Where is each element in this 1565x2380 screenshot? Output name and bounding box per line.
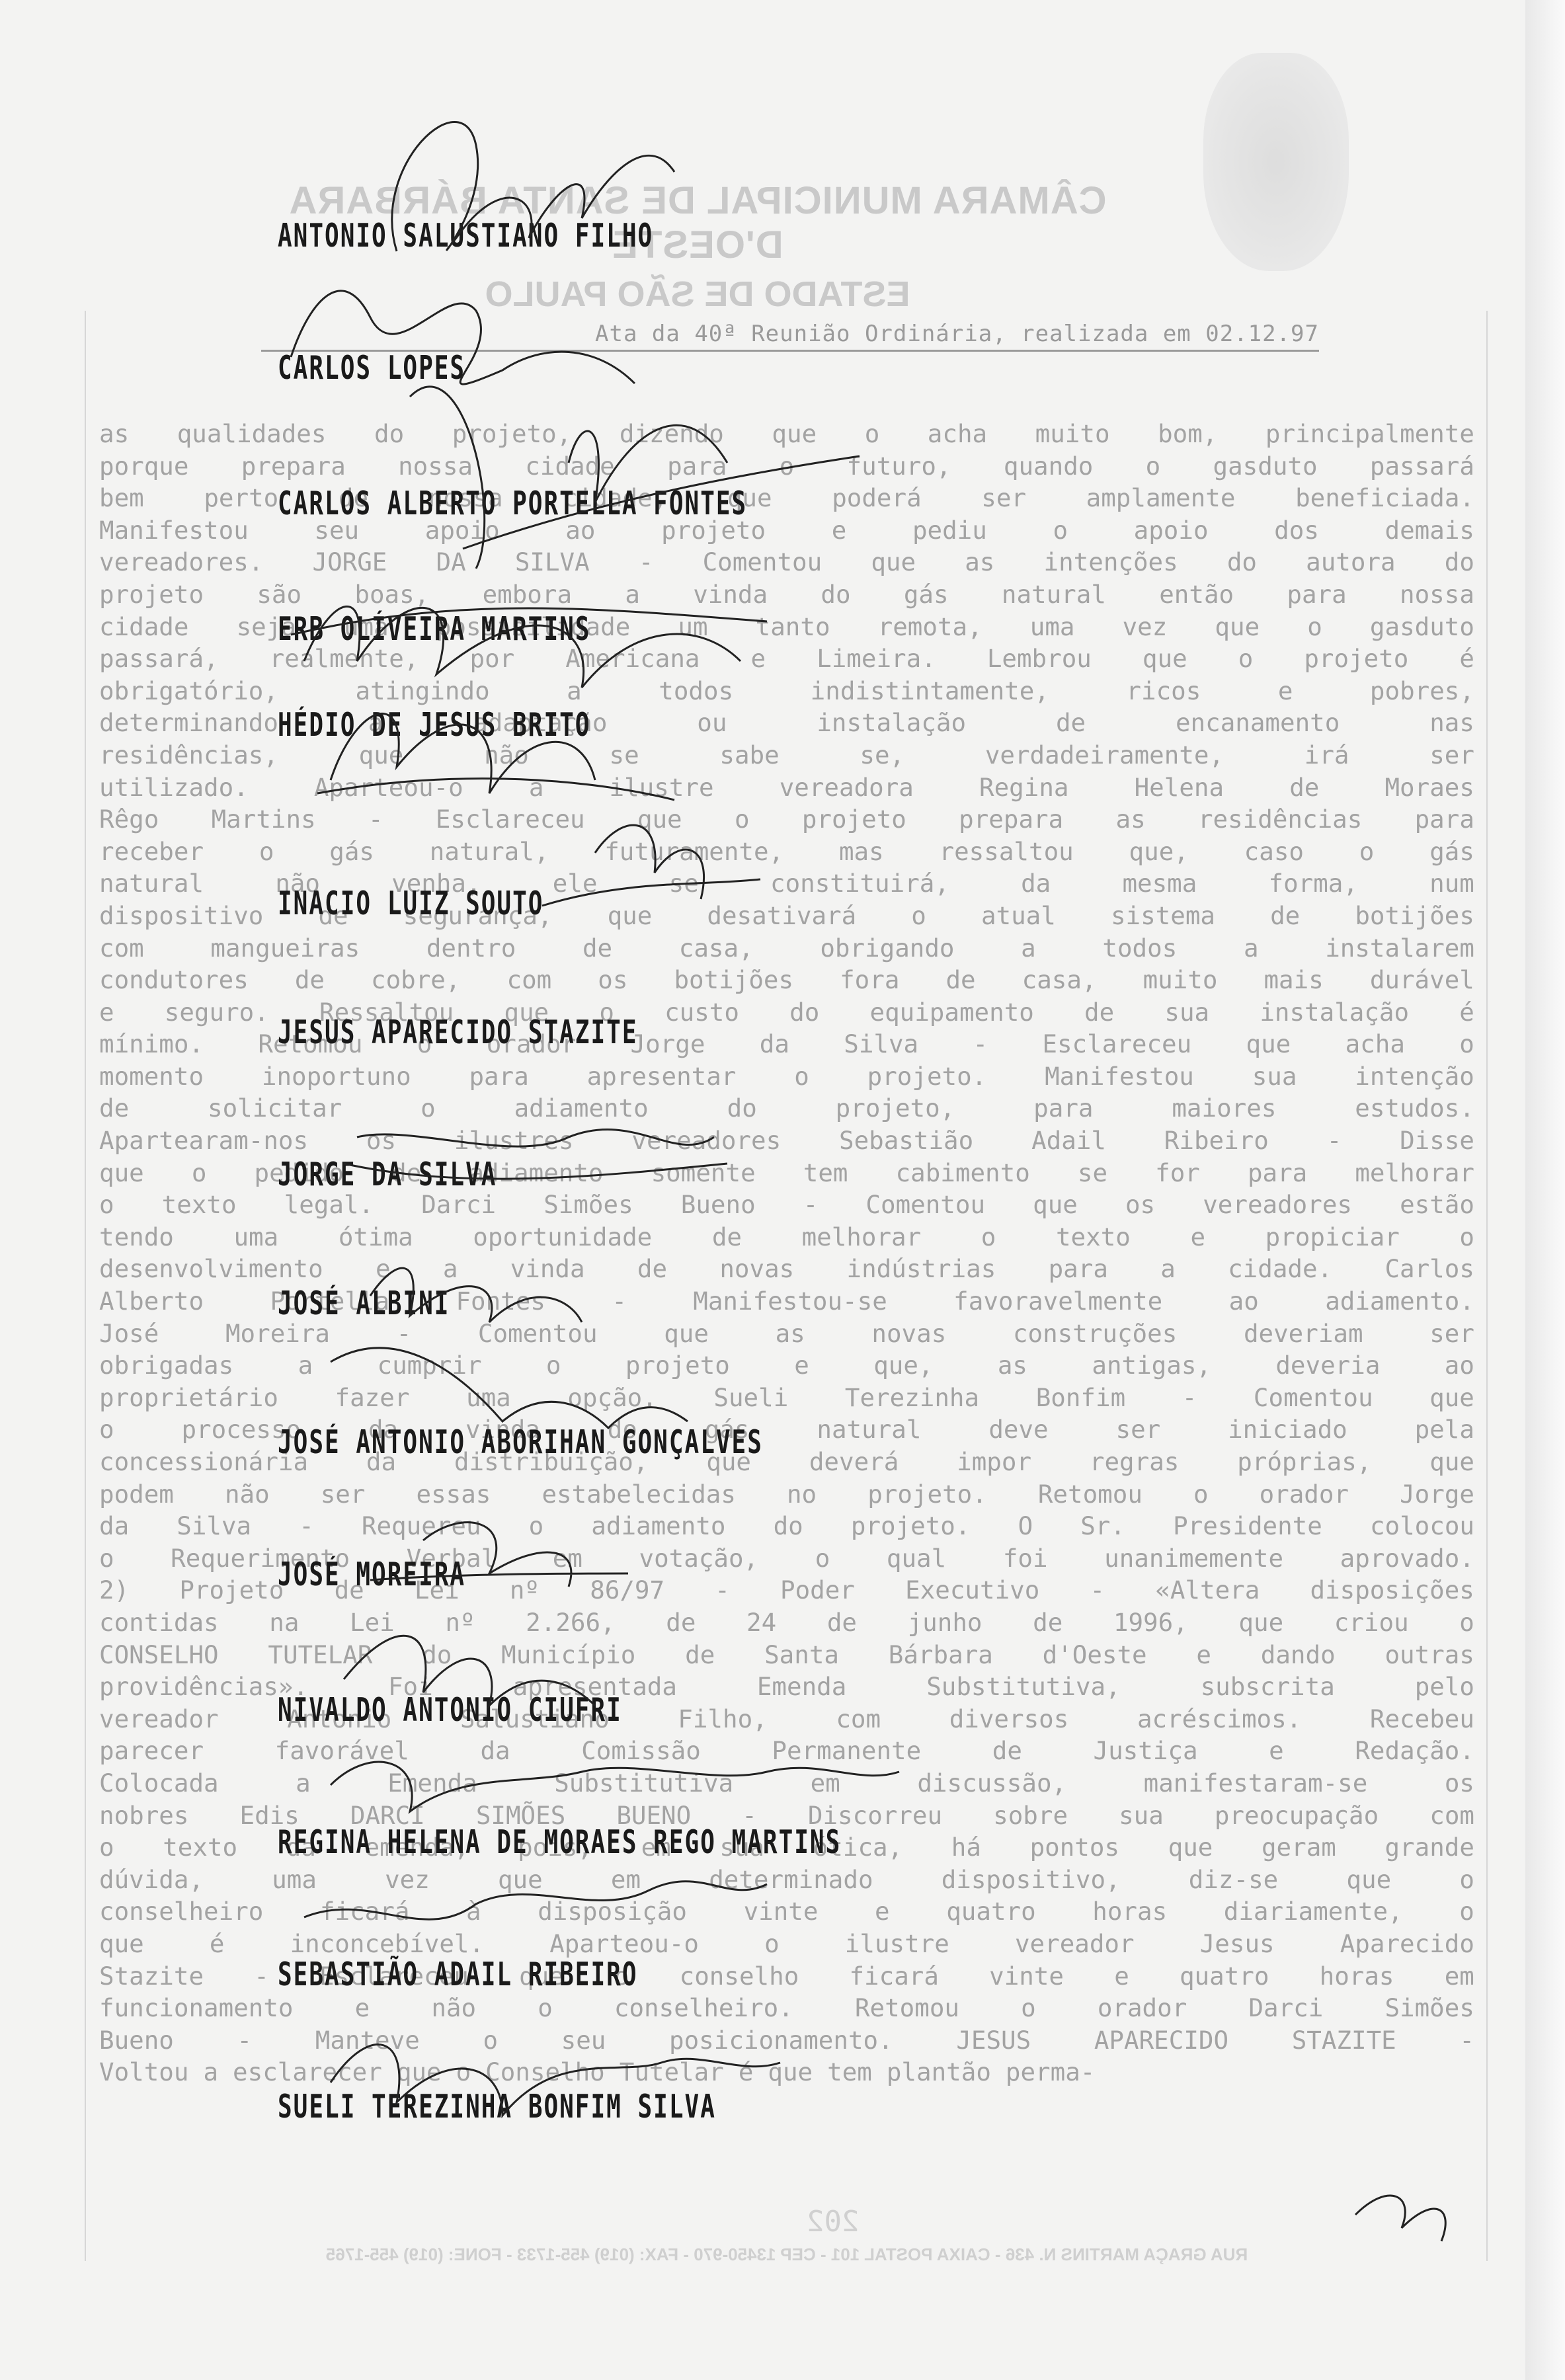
body-line: obrigadasacumpriroprojetoeque,asantigas,…: [99, 1349, 1474, 1382]
scanned-page: CÂMARA MUNICIPAL DE SANTA BÁRBARA D'OEST…: [0, 0, 1565, 2380]
body-line: commangueirasdentrodecasa,obrigandoatodo…: [99, 932, 1474, 965]
signatory-name: JOSÉ ANTONIO ABORIHAN GONÇALVES: [278, 1425, 763, 1461]
body-line: queéinconcebível.Aparteou-ooilustreverea…: [99, 1928, 1474, 1960]
signatory-name: REGINA HELENA DE MORAES REGO MARTINS: [278, 1825, 841, 1861]
body-line: funcionamentoenãooconselheiro.Retomouoor…: [99, 1992, 1474, 2024]
signatory-name: HÉDIO DE JESUS BRITO: [278, 707, 590, 744]
body-line: obrigatório,atingindoatodosindistintamen…: [99, 675, 1474, 707]
letterhead-footer: RUA GRAÇA MARTINS N. 436 - CAIXA POSTAL …: [99, 2244, 1474, 2265]
body-line: desolicitaroadiamentodoprojeto,paramaior…: [99, 1092, 1474, 1125]
body-line: otextolegal.DarciSimõesBueno-Comentouque…: [99, 1189, 1474, 1221]
body-line: receberogásnatural,futuramente,masressal…: [99, 836, 1474, 868]
body-line: momentoinoportunoparaapresentaroprojeto.…: [99, 1060, 1474, 1093]
signatory-name: CARLOS LOPES: [278, 350, 465, 387]
page-edge-shadow: [1525, 0, 1565, 2380]
body-line: daSilva-Requereuoadiamentodoprojeto.OSr.…: [99, 1510, 1474, 1542]
page-number: 202: [807, 2205, 859, 2239]
signatory-name: CARLOS ALBERTO PORTELLA FONTES: [278, 486, 747, 522]
margin-line-right: [1486, 311, 1488, 2261]
body-line: projetosãoboas,emboraavindadogásnaturale…: [99, 578, 1474, 611]
body-line: asqualidadesdoprojeto,dizendoqueoachamui…: [99, 418, 1474, 450]
signatory-name: SUELI TEREZINHA BONFIM SILVA: [278, 2089, 716, 2125]
margin-line-left: [85, 311, 86, 2261]
body-line: utilizado.Aparteou-oailustrevereadoraReg…: [99, 772, 1474, 804]
signatory-name: INACIO LUIZ SOUTO: [278, 886, 543, 922]
body-line: conselheiroficaráàdisposiçãovinteequatro…: [99, 1895, 1474, 1928]
signatory-name: ANTONIO SALUSTIANO FILHO: [278, 218, 653, 255]
municipal-crest-icon: [1203, 53, 1349, 271]
body-line: porquepreparanossacidadeparaofuturo,quan…: [99, 450, 1474, 483]
body-line: tendoumaótimaoportunidadedemelhorarotext…: [99, 1221, 1474, 1253]
body-line: parecerfavoráveldaComissãoPermanentedeJu…: [99, 1735, 1474, 1767]
signatory-name: JOSÉ MOREIRA: [278, 1557, 465, 1593]
body-line: contidasnaLeinº2.266,de24dejunhode1996,q…: [99, 1606, 1474, 1639]
body-line: condutoresdecobre,comosbotijõesforadecas…: [99, 964, 1474, 996]
body-line: RêgoMartins-Esclareceuqueoprojetoprepara…: [99, 803, 1474, 836]
body-line: vereadores.JORGEDASILVA-Comentouqueasint…: [99, 546, 1474, 578]
body-line: proprietáriofazerumaopção.SueliTerezinha…: [99, 1382, 1474, 1414]
signatory-name: JOSÉ ALBINI: [278, 1286, 450, 1322]
body-line: Bueno-Manteveoseuposicionamento.JESUSAPA…: [99, 2024, 1474, 2057]
signature-stroke: [1355, 2196, 1445, 2241]
body-line: Apartearam-nososilustresvereadoresSebast…: [99, 1125, 1474, 1157]
body-line: dúvida,umavezqueemdeterminadodispositivo…: [99, 1864, 1474, 1896]
signatory-name: JESUS APARECIDO STAZITE: [278, 1015, 638, 1051]
body-line: desenvolvimentoeavindadenovasindústriasp…: [99, 1253, 1474, 1285]
body-line: ColocadaaEmendaSubstitutivaemdiscussão,m…: [99, 1767, 1474, 1800]
signatory-name: NIVALDO ANTONIO CIUFRI: [278, 1692, 622, 1729]
document-title: Ata da 40ª Reunião Ordinária, realizada …: [261, 321, 1319, 352]
body-line: podemnãoseressasestabelecidasnoprojeto.R…: [99, 1478, 1474, 1511]
body-line: VoltouaesclarecerqueoConselhoTutelaréque…: [99, 2056, 1474, 2088]
signatory-name: JORGE DA SILVA: [278, 1157, 497, 1193]
signatory-name: SEBASTIÃO ADAIL RIBEIRO: [278, 1957, 638, 1993]
body-line: CONSELHOTUTELARdoMunicípiodeSantaBárbara…: [99, 1639, 1474, 1671]
signatory-name: ERB OLÍVEIRA MARTINS: [278, 612, 590, 648]
letterhead-line-2: ESTADO DE SÃO PAULO: [284, 274, 1111, 315]
